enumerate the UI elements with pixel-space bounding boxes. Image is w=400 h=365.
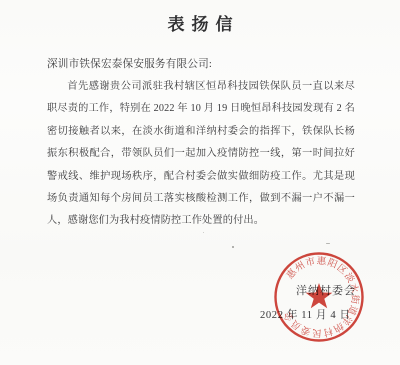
scan-speck [203,232,204,233]
scan-speck [326,243,330,244]
scan-speck [232,246,234,248]
salutation-line: 深训市铁保宏泰保安服务有限公司: [47,56,212,71]
letter-body-paragraph: 首先感谢贵公司派驻我村辖区恒昂科技园铁保队员一直以来尽职尽责的工作，特别在 20… [47,76,355,233]
official-red-seal-icon: 惠州市惠阳区淡水街道洋纳村民委员会 [273,251,365,343]
commendation-letter-page: 表扬信 深训市铁保宏泰保安服务有限公司: 首先感谢贵公司派驻我村辖区恒昂科技园铁… [0,0,400,365]
seal-star-icon [306,283,333,308]
letter-title: 表扬信 [0,10,400,35]
